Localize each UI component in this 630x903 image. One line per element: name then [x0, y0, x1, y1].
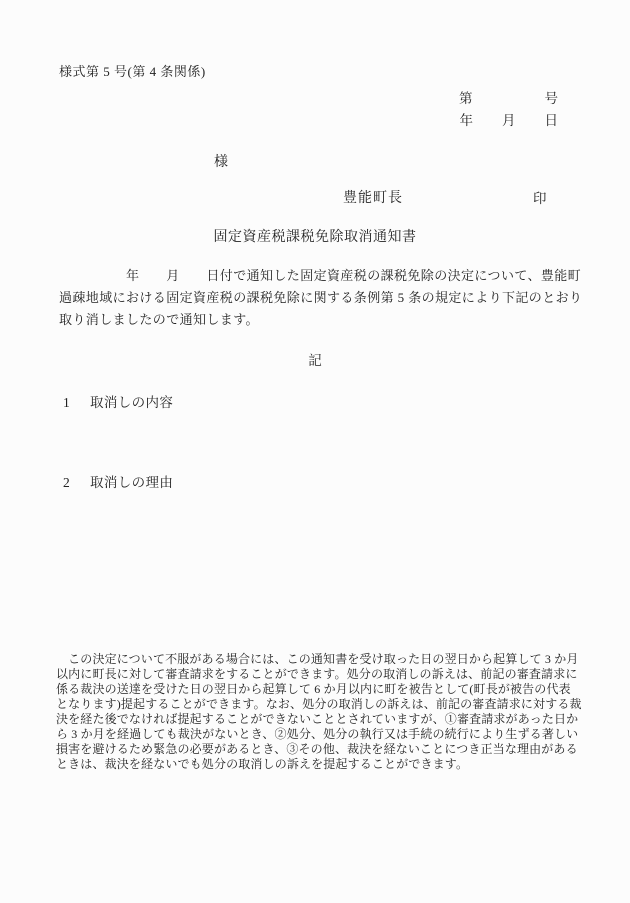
ki-marker: 記 [0, 349, 630, 369]
addressee-honorific: 様 [214, 151, 228, 171]
date-month-label: 月 [502, 109, 516, 129]
item-cancellation-content: 1 取消しの内容 [63, 391, 173, 411]
item-label: 取消しの内容 [90, 395, 173, 410]
item-number: 2 [63, 475, 70, 491]
appeal-notice-paragraph: この決定について不服がある場合には、この通知書を受け取った日の翌日から起算して … [56, 652, 582, 772]
document-title: 固定資産税課税免除取消通知書 [0, 226, 630, 246]
date-line: 年 月 日 [460, 109, 559, 129]
document-number-prefix: 第 [459, 87, 473, 107]
item-number: 1 [63, 395, 70, 411]
document-number-suffix: 号 [545, 87, 559, 107]
date-year-label: 年 [460, 109, 474, 129]
date-day-label: 日 [545, 109, 559, 129]
issuer-name: 豊能町長 [343, 187, 403, 207]
item-label: 取消しの理由 [90, 475, 173, 490]
form-number-label: 様式第 5 号(第 4 条関係) [59, 61, 206, 80]
document-page: 様式第 5 号(第 4 条関係) 第 号 年 月 日 様 豊能町長 印 固定資産… [0, 0, 630, 903]
main-paragraph: 年 月 日付で通知した固定資産税の課税免除の決定について、豊能町 過疎地域におけ… [59, 265, 582, 331]
document-number-line: 第 号 [459, 87, 558, 107]
seal-mark: 印 [533, 187, 547, 207]
item-cancellation-reason: 2 取消しの理由 [63, 471, 173, 491]
